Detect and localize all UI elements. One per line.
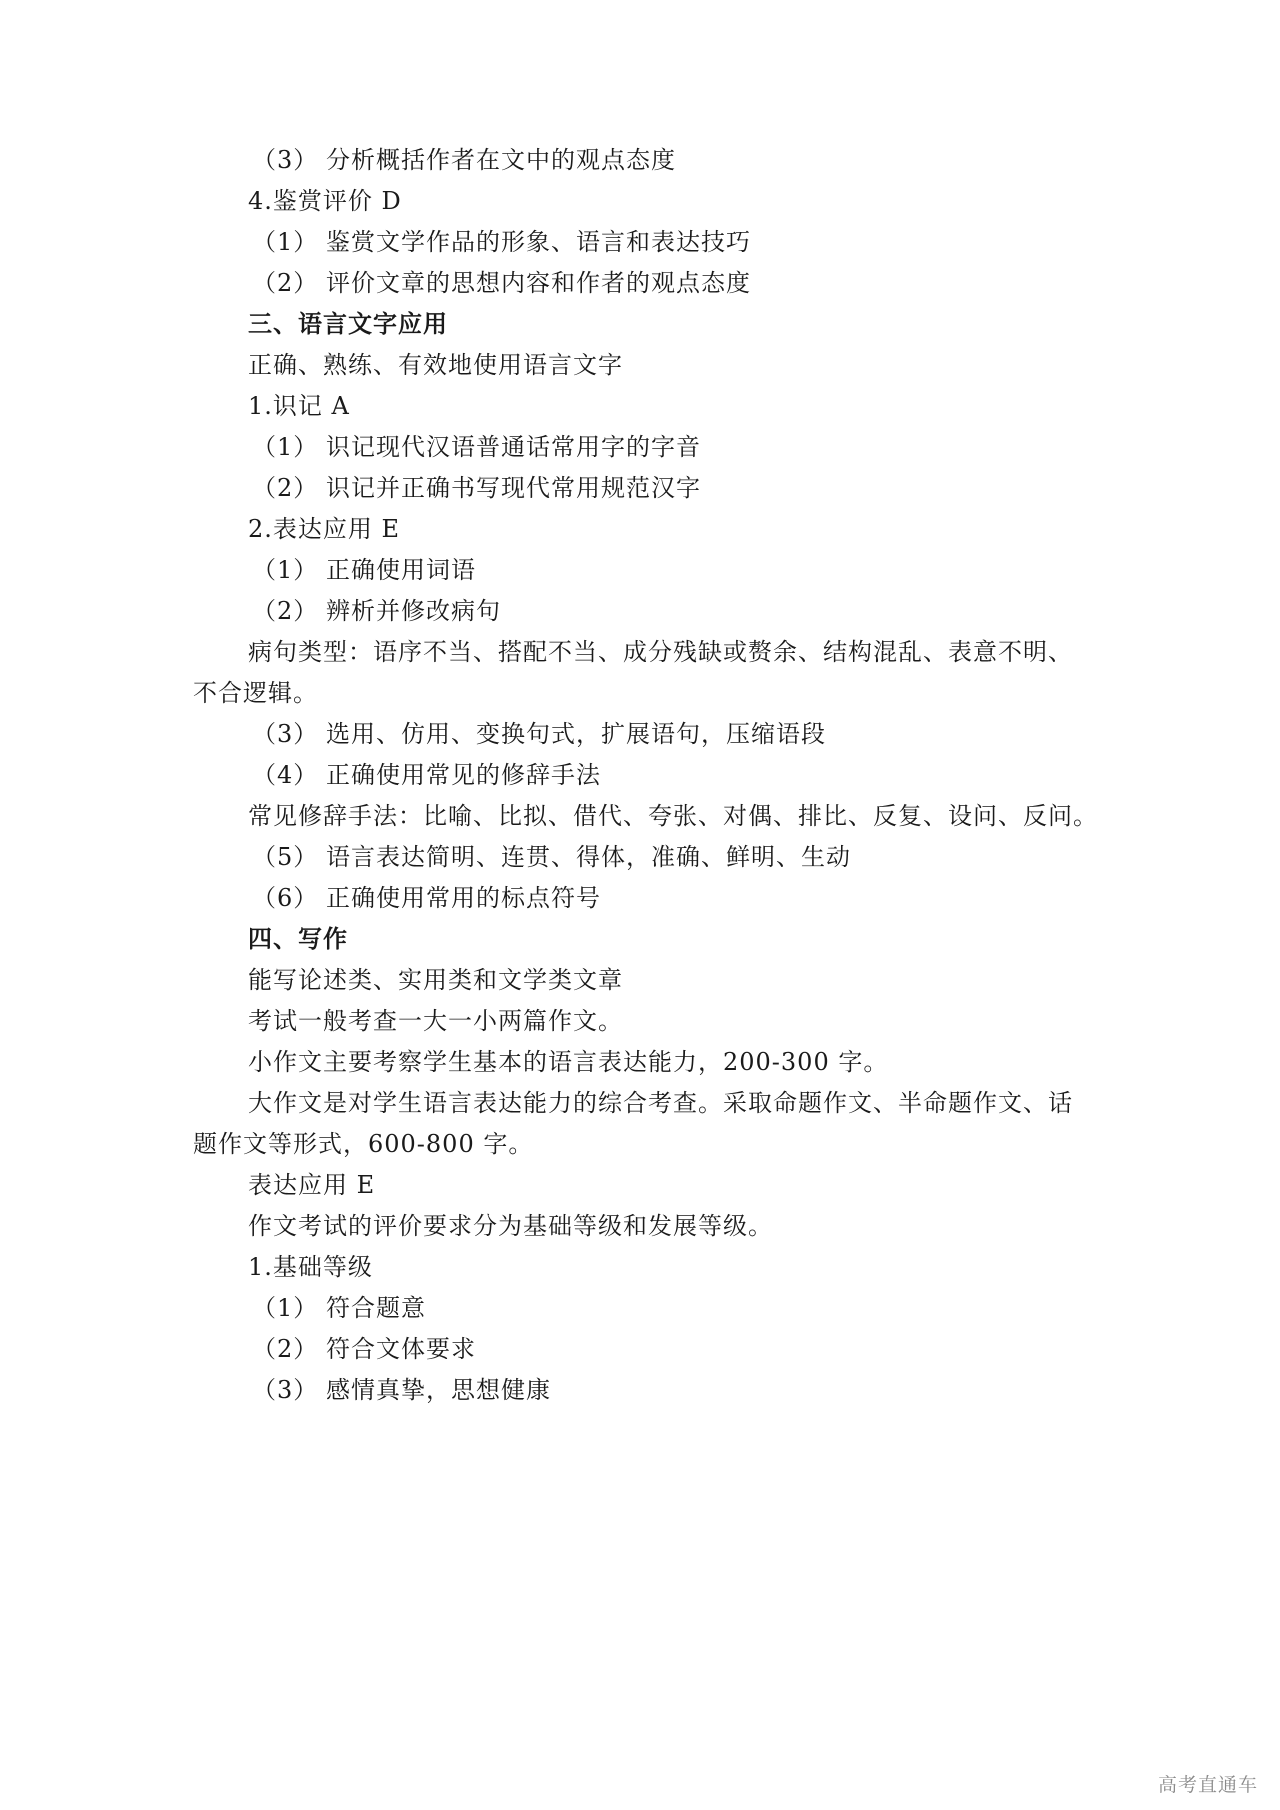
item-number: （2） — [252, 596, 326, 626]
item-number: （1） — [252, 1293, 326, 1323]
item-number: （1） — [252, 555, 326, 585]
list-item: （1）鉴赏文学作品的形象、语言和表达技巧 — [252, 227, 751, 257]
paragraph: 表达应用 E — [248, 1170, 375, 1200]
list-item: （2）评价文章的思想内容和作者的观点态度 — [252, 268, 751, 298]
item-text: 评价文章的思想内容和作者的观点态度 — [326, 269, 751, 297]
watermark: 高考直通车 — [1158, 1770, 1258, 1797]
section-heading: 三、语言文字应用 — [248, 309, 448, 339]
item-number: （1） — [252, 227, 326, 257]
list-item: （2）识记并正确书写现代常用规范汉字 — [252, 473, 701, 503]
list-item: （1）识记现代汉语普通话常用字的字音 — [252, 432, 701, 462]
paragraph: 常见修辞手法：比喻、比拟、借代、夸张、对偶、排比、反复、设问、反问。 — [248, 801, 1098, 831]
list-item: （3）分析概括作者在文中的观点态度 — [252, 145, 676, 175]
item-text: 识记现代汉语普通话常用字的字音 — [326, 433, 701, 461]
item-text: 鉴赏文学作品的形象、语言和表达技巧 — [326, 228, 751, 256]
item-text: 识记并正确书写现代常用规范汉字 — [326, 474, 701, 502]
paragraph-continuation: 不合逻辑。 — [193, 678, 318, 708]
item-number: （2） — [252, 473, 326, 503]
item-text: 感情真挚，思想健康 — [326, 1376, 551, 1404]
paragraph: 考试一般考查一大一小两篇作文。 — [248, 1006, 623, 1036]
list-item: （3）选用、仿用、变换句式，扩展语句，压缩语段 — [252, 719, 826, 749]
paragraph: 大作文是对学生语言表达能力的综合考查。采取命题作文、半命题作文、话 — [248, 1088, 1073, 1118]
item-text: 正确使用常见的修辞手法 — [326, 761, 601, 789]
paragraph: 小作文主要考察学生基本的语言表达能力，200-300 字。 — [248, 1047, 888, 1077]
item-text: 符合文体要求 — [326, 1335, 476, 1363]
list-item: （5）语言表达简明、连贯、得体，准确、鲜明、生动 — [252, 842, 851, 872]
item-number: （2） — [252, 1334, 326, 1364]
paragraph: 正确、熟练、有效地使用语言文字 — [248, 350, 623, 380]
section-item: 1.识记 A — [248, 391, 350, 421]
item-number: （4） — [252, 760, 326, 790]
item-number: （1） — [252, 432, 326, 462]
list-item: （2）符合文体要求 — [252, 1334, 476, 1364]
item-number: （5） — [252, 842, 326, 872]
section-item: 1.基础等级 — [248, 1252, 373, 1282]
item-text: 选用、仿用、变换句式，扩展语句，压缩语段 — [326, 720, 826, 748]
section-item: 2.表达应用 E — [248, 514, 400, 544]
paragraph-continuation: 题作文等形式，600-800 字。 — [193, 1129, 533, 1159]
section-heading: 四、写作 — [248, 924, 348, 954]
item-text: 符合题意 — [326, 1294, 426, 1322]
item-number: （6） — [252, 883, 326, 913]
item-text: 语言表达简明、连贯、得体，准确、鲜明、生动 — [326, 843, 851, 871]
paragraph: 病句类型：语序不当、搭配不当、成分残缺或赘余、结构混乱、表意不明、 — [248, 637, 1073, 667]
list-item: （1）符合题意 — [252, 1293, 426, 1323]
list-item: （6）正确使用常用的标点符号 — [252, 883, 601, 913]
list-item: （1）正确使用词语 — [252, 555, 476, 585]
paragraph: 能写论述类、实用类和文学类文章 — [248, 965, 623, 995]
list-item: （4）正确使用常见的修辞手法 — [252, 760, 601, 790]
document-page: （3）分析概括作者在文中的观点态度 4.鉴赏评价 D （1）鉴赏文学作品的形象、… — [0, 0, 1280, 1810]
paragraph: 作文考试的评价要求分为基础等级和发展等级。 — [248, 1211, 773, 1241]
section-item: 4.鉴赏评价 D — [248, 186, 402, 216]
item-number: （3） — [252, 145, 326, 175]
item-text: 正确使用常用的标点符号 — [326, 884, 601, 912]
item-number: （3） — [252, 719, 326, 749]
item-text: 分析概括作者在文中的观点态度 — [326, 146, 676, 174]
list-item: （2）辨析并修改病句 — [252, 596, 501, 626]
item-number: （2） — [252, 268, 326, 298]
list-item: （3）感情真挚，思想健康 — [252, 1375, 551, 1405]
item-text: 辨析并修改病句 — [326, 597, 501, 625]
item-number: （3） — [252, 1375, 326, 1405]
item-text: 正确使用词语 — [326, 556, 476, 584]
